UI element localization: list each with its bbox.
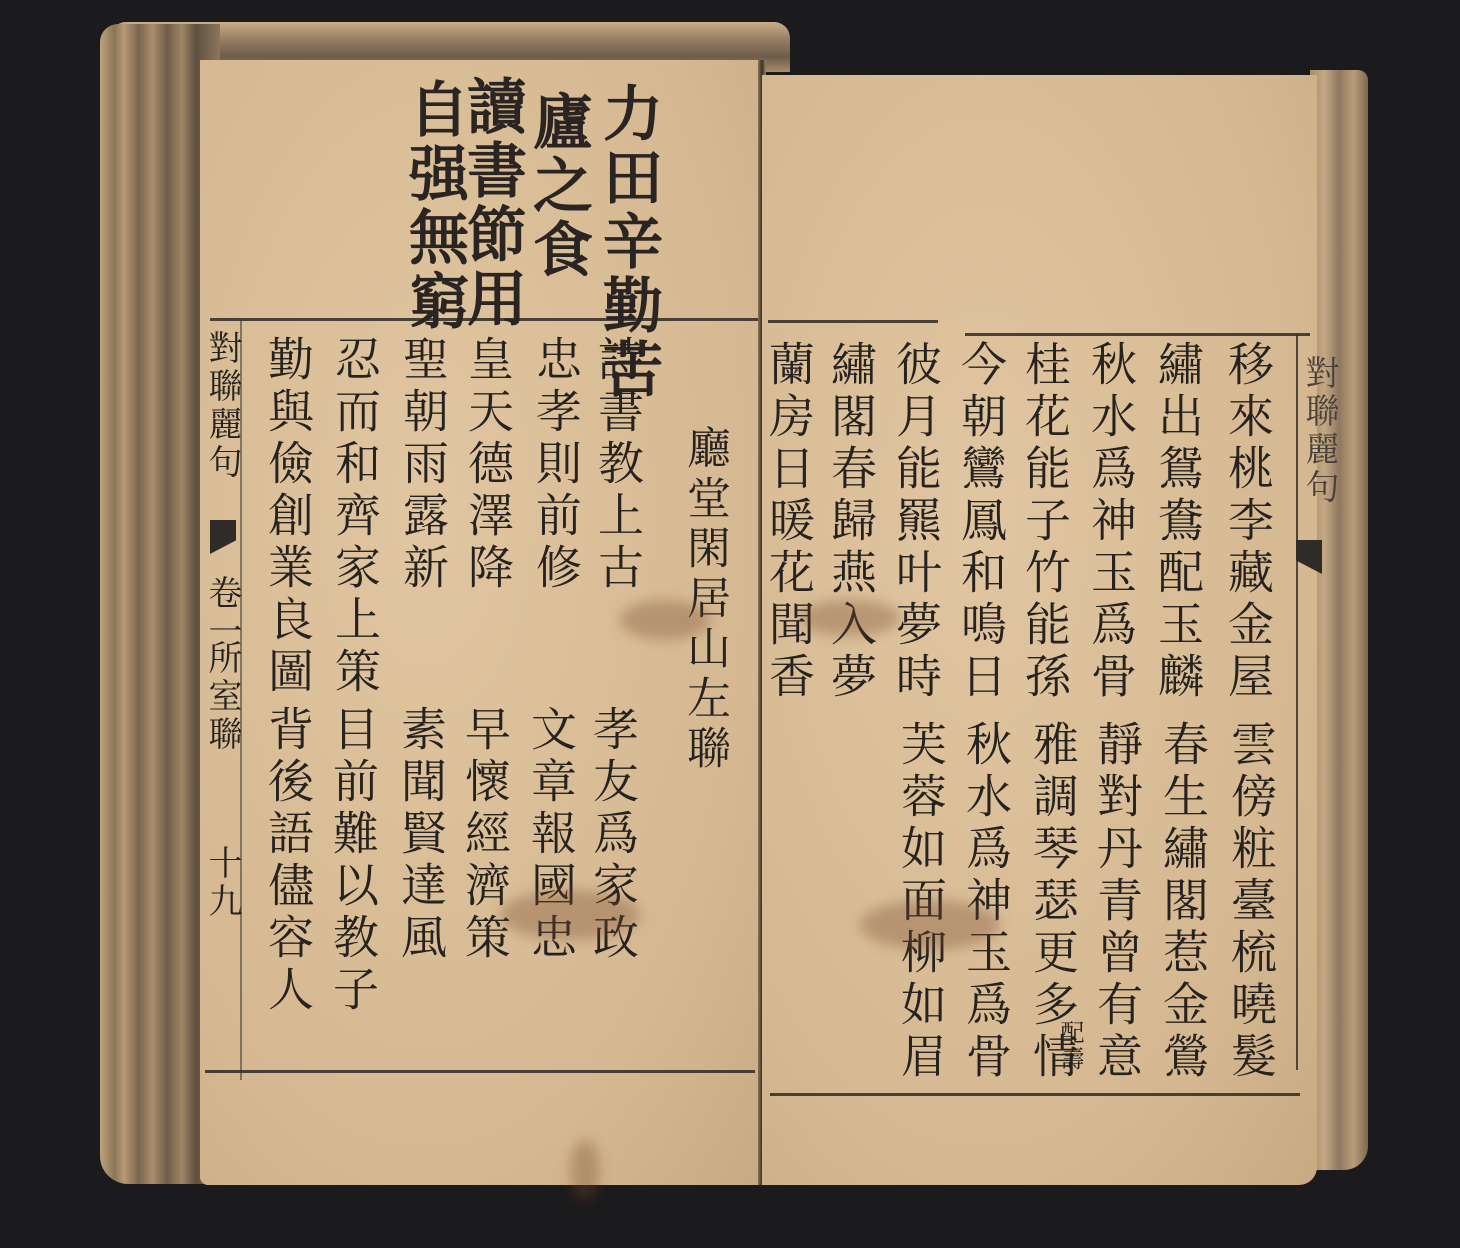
- couplet-col: 繡出鴛鴦配玉麟: [1155, 340, 1201, 704]
- couplet-col: 春生繡閣惹金鶯: [1160, 720, 1206, 1084]
- couplet-col: 秋水爲神玉爲骨: [963, 720, 1009, 1084]
- left-lower-border: [205, 1070, 755, 1073]
- book-spread: 力田辛勤苦 廬之食 讀書節用 自强無窮 詩書教上古 忠孝則前修 皇天德澤降 聖朝…: [0, 0, 1460, 1248]
- couplet-col: 桂花能子竹能孫: [1022, 340, 1068, 704]
- inline-note: 配壽: [1058, 1020, 1082, 1072]
- page-number: 十九: [205, 845, 239, 921]
- couplet-col: 忠孝則前修: [533, 335, 579, 595]
- couplet-col: 早懷經濟策: [462, 705, 508, 965]
- couplet-col: 移來桃李藏金屋: [1225, 340, 1271, 704]
- couplet-col: 素聞賢達風: [398, 705, 444, 965]
- couplet-col: 蘭房日暖花聞香: [766, 340, 812, 704]
- right-margin-line: [1296, 335, 1298, 1070]
- couplet-col: 今朝鸞鳳和鳴日: [958, 340, 1004, 704]
- water-stain: [570, 1140, 600, 1200]
- handwritten-col-3: 讀書節用: [462, 75, 522, 331]
- couplet-col: 詩書教上古: [595, 335, 641, 595]
- water-stain: [800, 600, 900, 636]
- couplet-col: 目前難以教子: [330, 705, 376, 1017]
- couplet-col: 忍而和齊家上策: [332, 335, 378, 699]
- margin-book-title: 對聯麗句: [205, 330, 239, 482]
- right-page-edges: [1310, 70, 1368, 1170]
- couplet-col: 繡閣春歸燕入夢: [828, 340, 874, 704]
- water-stain: [860, 900, 1000, 950]
- couplet-col: 勤與儉創業良圖: [265, 335, 311, 699]
- couplet-col: 背後語儘容人: [265, 705, 311, 1017]
- handwritten-col-4: 自强無窮: [404, 78, 464, 334]
- water-stain: [620, 600, 710, 640]
- margin-book-title-right: 對聯麗句: [1302, 355, 1336, 507]
- handwritten-col-2: 廬之食: [528, 90, 588, 282]
- couplet-col: 皇天德澤降: [465, 335, 511, 595]
- right-upper-border-a: [768, 320, 938, 323]
- section-heading: 廳堂閑居山左聯: [682, 425, 726, 775]
- right-lower-border: [770, 1093, 1300, 1096]
- couplet-col: 秋水爲神玉爲骨: [1088, 340, 1134, 704]
- couplet-col: 靜對丹青曾有意: [1094, 720, 1140, 1084]
- couplet-col: 雲傍粧臺梳曉髮: [1228, 720, 1274, 1084]
- margin-section: 所室聯: [205, 640, 239, 754]
- couplet-col: 聖朝雨露新: [400, 335, 446, 595]
- right-upper-border-b: [965, 333, 1310, 336]
- water-stain: [500, 890, 640, 940]
- couplet-col: 彼月能羆叶夢時: [893, 340, 939, 704]
